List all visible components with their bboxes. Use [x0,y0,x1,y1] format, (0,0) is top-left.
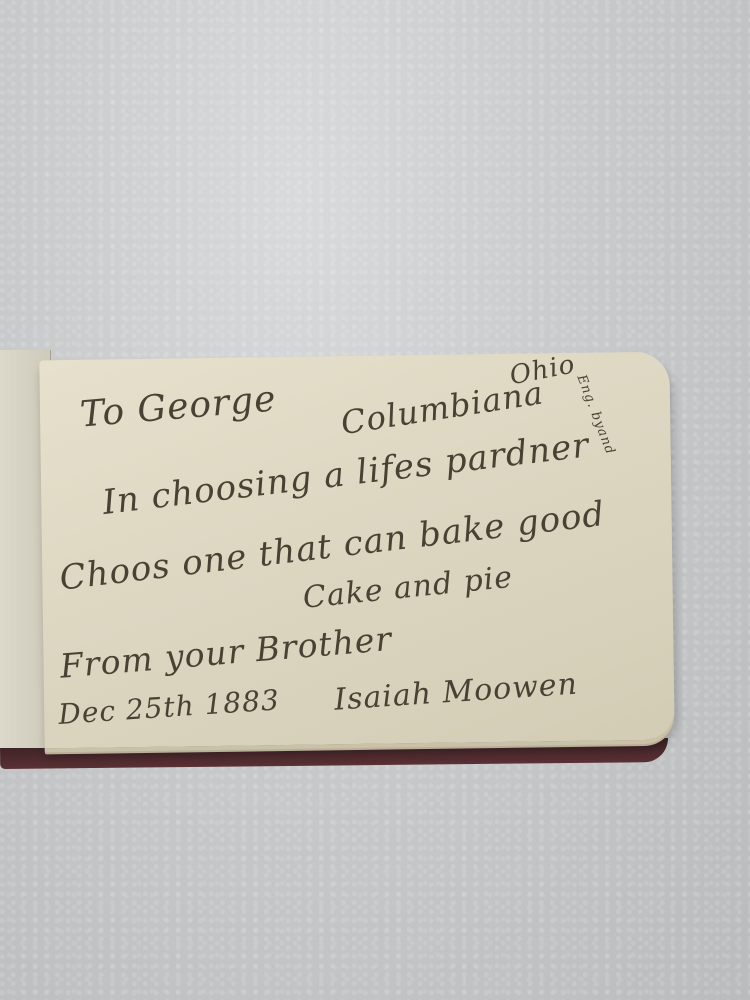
album-page: To George Columbiana Ohio Eng. byand In … [39,352,674,749]
verse-line-3: Cake and pie [301,560,514,616]
closing: From your Brother [58,619,393,686]
signature: Isaiah Moowen [333,667,579,718]
date: Dec 25th 1883 [57,683,280,731]
location-state: Ohio [507,349,577,391]
salutation: To George [79,378,278,435]
